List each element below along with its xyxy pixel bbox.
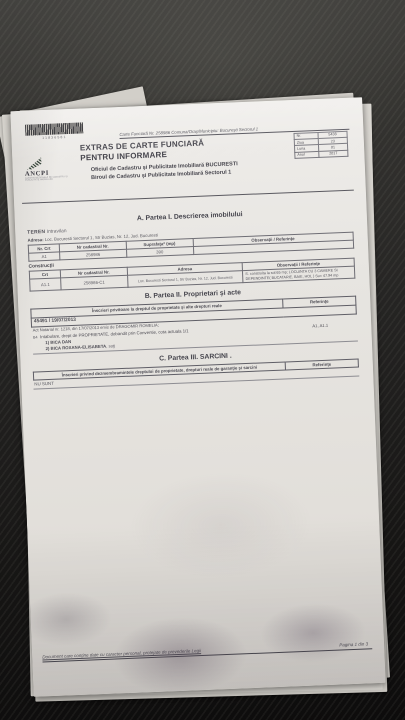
ancpi-logo: ANCPI AGENŢIA NAŢIONALĂ DE CADASTRU ŞI P…	[24, 156, 79, 183]
issuing-office: Oficiul de Cadastru şi Publicitate Imobi…	[91, 160, 239, 182]
owner-2-suffix: , soţi	[106, 343, 115, 348]
page-footer: Document care conţine date cu caracter p…	[42, 642, 372, 663]
document-page: 11836581 Carte Funciară Nr. 258986 Comun…	[10, 97, 385, 697]
cell-nr-crt: A1	[29, 252, 60, 261]
b4-referinte: A1, A1.1	[284, 321, 358, 343]
barcode: 11836581	[25, 122, 84, 140]
ancpi-emblem-icon	[26, 157, 41, 170]
reg-row-anul: Anul 2017	[295, 150, 348, 158]
ancpi-logo-subtext: AGENŢIA NAŢIONALĂ DE CADASTRU ŞI PUBLICI…	[25, 176, 79, 183]
cell-crt: A1.1	[30, 278, 61, 291]
header-divider	[22, 190, 354, 204]
cell-suprafata: 390	[126, 247, 193, 258]
teren-value: Intravilan	[47, 229, 67, 235]
paper-stack: 11836581 Carte Funciară Nr. 258986 Comun…	[22, 104, 374, 690]
page-number: Pagina 1 din 3	[339, 642, 368, 648]
privacy-note: Document care conţine date cu caracter p…	[42, 648, 201, 659]
document-title: EXTRAS DE CARTE FUNCIARĂ PENTRU INFORMAR…	[80, 139, 205, 165]
registration-box: Nr. 5438 Ziua 23 Luna 01 Anul 2017	[293, 131, 348, 159]
reg-value: 2017	[319, 150, 348, 157]
b4-position: B4	[33, 335, 38, 352]
proprietari-table: Înscrieri privitoare la dreptul de propr…	[30, 296, 358, 354]
reg-label: Anul	[295, 151, 319, 158]
photo-scene: 11836581 Carte Funciară Nr. 258986 Comun…	[0, 0, 405, 720]
owner-2-name: 2) BICA ROXANA-ELISABETA	[45, 343, 106, 350]
cell-cadastral: 258986	[60, 249, 127, 260]
cell-cadastral: 258986-C1	[61, 276, 128, 291]
adresa-label: Adresa:	[27, 237, 43, 243]
barcode-number: 11836581	[25, 134, 83, 140]
teren-label: TEREN	[27, 230, 45, 236]
document-header: 11836581 Carte Funciară Nr. 258986 Comun…	[23, 112, 352, 209]
